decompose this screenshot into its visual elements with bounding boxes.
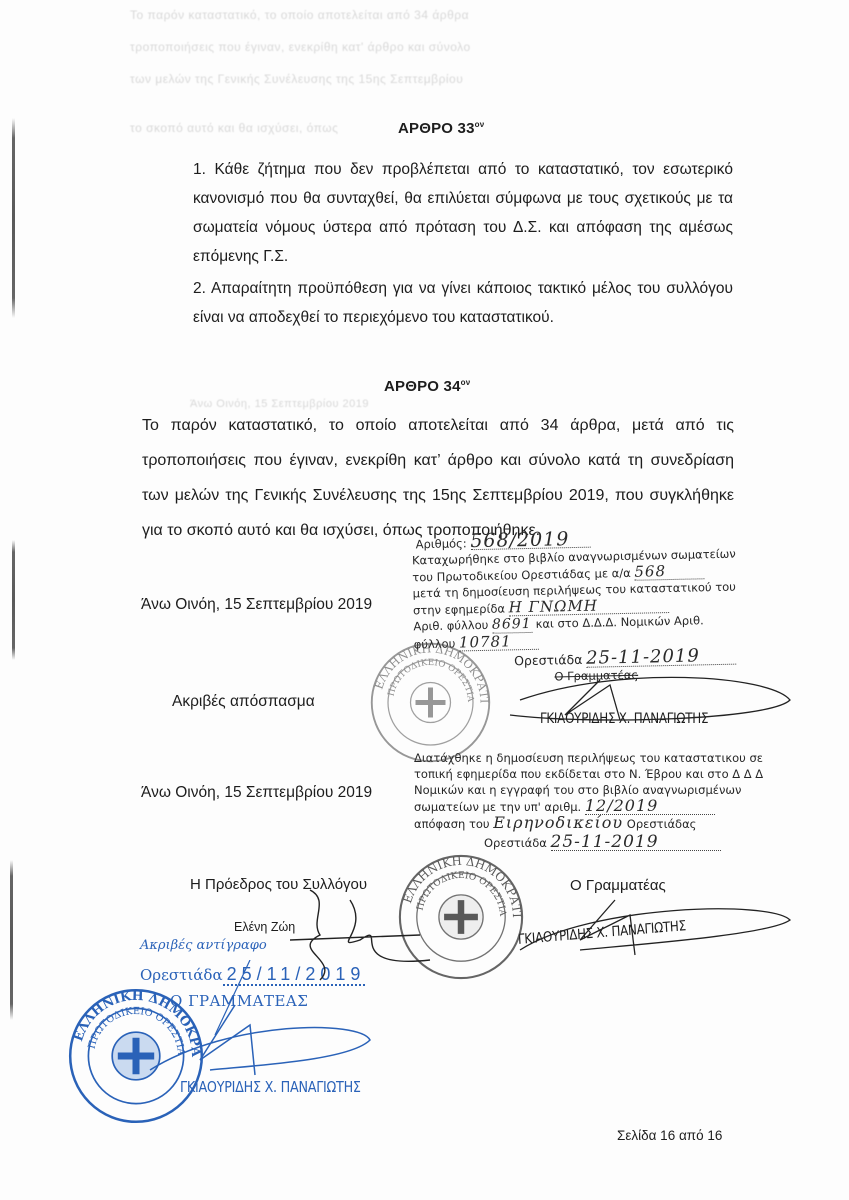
certified-copy-date: 25/11/2019 [223,964,366,986]
registration-line-4-prefix: στην εφημερίδα [413,601,505,617]
publication-stamp: Διατάχθηκε η δημοσίευση περιλήψεως του κ… [414,750,834,851]
publication-place-label: Ορεστιάδα [484,836,547,850]
bleed-through-line: τροποποιήσεις που έγιναν, ενεκρίθη κατ' … [130,40,471,54]
certified-copy-secretary-name: ΓΚΙΑΟΥΡΙΔΗΣ Χ. ΠΑΝΑΓΙΩΤΗΣ [180,1078,361,1096]
certified-copy-place-label: Ορεστιάδα [140,966,223,984]
scan-artifact [12,540,15,660]
certified-copy-label: Ακριβές αντίγραφο [140,938,267,953]
place-date-2: Άνω Οινόη, 15 Σεπτεμβρίου 2019 [141,784,372,802]
registration-number-label: Αριθμός: [416,536,467,551]
exact-extract-label: Ακριβές απόσπασμα [172,693,315,711]
publication-line-5-prefix: απόφαση του [414,817,490,831]
article-33-paragraph-1: 1. Κάθε ζήτημα που δεν προβλέπεται από τ… [193,155,733,271]
article-34-heading: ΑΡΘΡΟ 34ον [384,378,470,395]
publication-place-date: 25-11-2019 [551,834,721,851]
publication-secretary-title: Ο Γραμματέας [570,877,666,894]
article-33-suffix: ον [475,120,485,129]
publication-line-2: τοπική εφημερίδα που εκδίδεται στο Ν. Έβ… [414,766,834,782]
publication-line-5-suffix: Ορεστιάδας [627,817,697,831]
president-title: Η Πρόεδρος του Συλλόγου [190,876,367,893]
place-date-1: Άνω Οινόη, 15 Σεπτεμβρίου 2019 [141,596,372,614]
registration-line-5-suffix: και στο Δ.Δ.Δ. Νομικών Αριθ. [535,613,703,631]
registration-secretary-name: ΓΚΙΑΟΥΡΙΔΗΣ Χ. ΠΑΝΑΓΙΩΤΗΣ [540,711,708,727]
registration-line-2-value: 568 [634,562,704,580]
publication-secretary-name: ΓΚΙΑΟΥΡΙΔΗΣ Χ. ΠΑΝΑΓΙΩΤΗΣ [518,918,687,948]
scan-artifact [12,118,15,318]
article-34-paragraph: Το παρόν καταστατικό, το οποίο αποτελείτ… [142,408,734,548]
registration-place-label: Ορεστιάδα [514,652,583,668]
court-seal-lower: ΕΛΛΗΝΙΚΗ ΔΗΜΟΚΡΑΤΙΑ ΠΡΩΤΟΔΙΚΕΙΟ ΟΡΕΣΤΙΑΔ… [396,852,526,982]
article-33-title: ΑΡΘΡΟ 33 [398,120,475,137]
certified-copy-place: Ορεστιάδα25/11/2019 [140,964,365,985]
publication-line-5-value: Ειρηνοδικείου [493,813,623,832]
article-33-heading: ΑΡΘΡΟ 33ον [398,120,484,137]
seal-icon: ΕΛΛΗΝΙΚΗ ΔΗΜΟΚΡΑΤΙΑ ΠΡΩΤΟΔΙΚΕΙΟ ΟΡΕΣΤΙΑΔ… [396,852,526,982]
article-34-title: ΑΡΘΡΟ 34 [384,378,461,395]
seal-icon: ΕΛΛΗΝΙΚΗ ΔΗΜΟΚΡΑΤΙΑ ΠΡΩΤΟΔΙΚΕΙΟ ΟΡΕΣΤΙΑΔ… [66,986,206,1126]
president-name: Ελένη Ζώη [234,920,295,934]
bleed-through-line: των μελών της Γενικής Συνέλευσης της 15η… [130,72,463,86]
publication-line-4-prefix: σωματείων με την υπ' αριθμ. [414,800,581,814]
bleed-through-line: το σκοπό αυτό και θα ισχύσει, όπως [130,121,338,135]
article-34-suffix: ον [461,378,471,387]
registration-line-5-prefix: Αριθ. φύλλου [413,618,488,634]
article-33-paragraph-2: 2. Απαραίτητη προϋπόθεση για να γίνει κά… [193,274,733,332]
page-number: Σελίδα 16 από 16 [617,1128,722,1143]
document-page: Το παρόν καταστατικό, το οποίο αποτελείτ… [0,0,849,1200]
court-seal-upper: ΕΛΛΗΝΙΚΗ ΔΗΜΟΚΡΑΤΙΑ ΠΡΩΤΟΔΙΚΕΙΟ ΟΡΕΣΤΙΑΔ… [368,640,493,765]
registration-number-value: 568/2019 [470,531,590,551]
registration-place-date: 25-11-2019 [586,648,736,668]
bleed-through-line: Το παρόν καταστατικό, το οποίο αποτελείτ… [130,8,469,22]
scan-artifact [10,860,13,1020]
seal-icon: ΕΛΛΗΝΙΚΗ ΔΗΜΟΚΡΑΤΙΑ ΠΡΩΤΟΔΙΚΕΙΟ ΟΡΕΣΤΙΑΔ… [368,640,493,765]
registration-line-5-value: 8691 [492,616,532,634]
certified-copy-seal: ΕΛΛΗΝΙΚΗ ΔΗΜΟΚΡΑΤΙΑ ΠΡΩΤΟΔΙΚΕΙΟ ΟΡΕΣΤΙΑΔ… [66,986,206,1126]
